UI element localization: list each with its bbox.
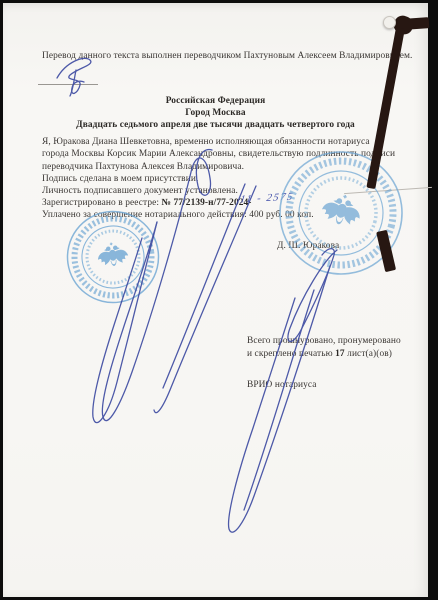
document-page [3,3,428,597]
binding-line-1: Всего прошнуровано, пронумеровано [247,335,401,347]
presence-line: Подпись сделана в моем присутствии. [42,173,198,185]
binding-line-2-prefix: и скреплено печатью [247,349,335,359]
registry-number: № 77/2139-н/77-2024- [162,198,252,208]
translator-line: Перевод данного текста выполнен переводч… [42,50,412,62]
double-eagle-emblem [96,241,129,268]
notary-role-line: ВРИО нотариуса [247,379,317,391]
binding-sheet-count: 17 [335,349,345,359]
binding-line-2-suffix: лист(а)(ов) [345,349,392,359]
identity-line: Личность подписавшего документ установле… [42,185,238,197]
double-eagle-emblem [320,190,364,228]
header-country: Российская Федерация [3,95,428,107]
cord-bead [383,16,396,29]
binding-line-2: и скреплено печатью 17 лист(а)(ов) [247,348,392,360]
translator-signature-line [38,84,98,85]
notary-seal-left [58,202,169,313]
header-date: Двадцать седьмого апреля две тысячи двад… [3,119,428,131]
header-city: Город Москва [3,107,428,119]
